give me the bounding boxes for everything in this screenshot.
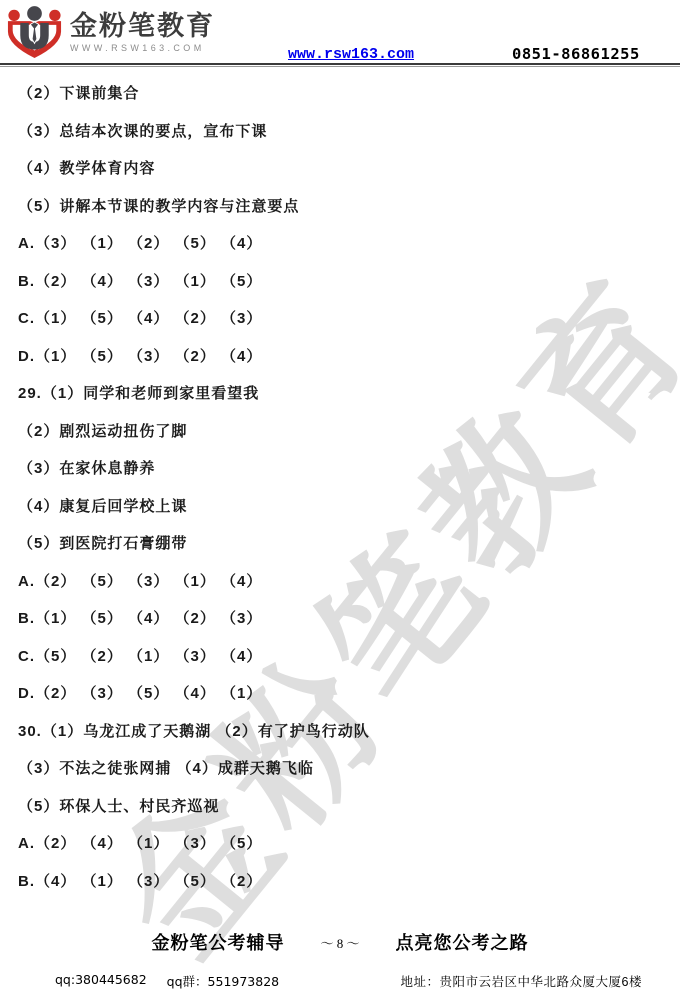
brand-logo-icon bbox=[6, 4, 63, 59]
option-line: B.（2） （4） （3） （1） （5） bbox=[18, 262, 668, 300]
question-line: （5）到医院打石膏绷带 bbox=[18, 524, 668, 562]
option-line: A.（2） （4） （1） （3） （5） bbox=[18, 824, 668, 862]
exam-question-list: （2）下课前集合 （3）总结本次课的要点，宣布下课 （4）教学体育内容 （5）讲… bbox=[18, 74, 668, 899]
footer-bottom: qq:380445682 qq群：551973828 地址：贵阳市云岩区中华北路… bbox=[0, 972, 680, 990]
question-line: （4）康复后回学校上课 bbox=[18, 487, 668, 525]
brand-logo-text: 金粉笔教育 WWW.RSW163.COM bbox=[70, 11, 215, 53]
header-divider bbox=[0, 63, 680, 65]
qq-group-number: qq群：551973828 bbox=[167, 972, 279, 990]
option-line: A.（3） （1） （2） （5） （4） bbox=[18, 224, 668, 262]
header-divider-thin bbox=[0, 66, 680, 67]
option-line: C.（5） （2） （1） （3） （4） bbox=[18, 637, 668, 675]
footer-slogan: 点亮您公考之路 bbox=[396, 929, 529, 955]
qq-number: qq:380445682 bbox=[55, 972, 147, 990]
question-line: （4）教学体育内容 bbox=[18, 149, 668, 187]
page-number: ～ 8 ～ bbox=[320, 933, 359, 952]
footer-course-name: 金粉笔公考辅导 bbox=[151, 929, 284, 955]
option-line: C.（1） （5） （4） （2） （3） bbox=[18, 299, 668, 337]
option-line: D.（2） （3） （5） （4） （1） bbox=[18, 674, 668, 712]
document-page: 金粉笔教育 金粉笔教育 WWW.RSW163.COM www.rsw163.co… bbox=[0, 0, 680, 1008]
question-line: （2）下课前集合 bbox=[18, 74, 668, 112]
question-line: （3）不法之徒张网捕 （4）成群天鹅飞临 bbox=[18, 749, 668, 787]
question-line: （2）剧烈运动扭伤了脚 bbox=[18, 412, 668, 450]
option-line: D.（1） （5） （3） （2） （4） bbox=[18, 337, 668, 375]
phone-number: 0851-86861255 bbox=[512, 45, 640, 63]
question-line: 29.（1）同学和老师到家里看望我 bbox=[18, 374, 668, 412]
qq-contacts: qq:380445682 qq群：551973828 bbox=[55, 972, 279, 990]
option-line: B.（1） （5） （4） （2） （3） bbox=[18, 599, 668, 637]
page-header: 金粉笔教育 WWW.RSW163.COM www.rsw163.com 0851… bbox=[0, 0, 680, 68]
address-text: 地址：贵阳市云岩区中华北路众厦大厦6楼 bbox=[401, 972, 642, 990]
footer-center: 金粉笔公考辅导 ～ 8 ～ 点亮您公考之路 bbox=[0, 929, 680, 955]
question-line: （5）环保人士、村民齐巡视 bbox=[18, 787, 668, 825]
website-link[interactable]: www.rsw163.com bbox=[288, 46, 414, 63]
question-line: （3）在家休息静养 bbox=[18, 449, 668, 487]
brand-name: 金粉笔教育 bbox=[70, 11, 215, 41]
option-line: A.（2） （5） （3） （1） （4） bbox=[18, 562, 668, 600]
question-line: （5）讲解本节课的教学内容与注意要点 bbox=[18, 187, 668, 225]
brand-url-caption: WWW.RSW163.COM bbox=[70, 43, 215, 53]
question-line: （3）总结本次课的要点，宣布下课 bbox=[18, 112, 668, 150]
question-line: 30.（1）乌龙江成了天鹅湖 （2）有了护鸟行动队 bbox=[18, 712, 668, 750]
option-line: B.（4） （1） （3） （5） （2） bbox=[18, 862, 668, 900]
brand-logo: 金粉笔教育 WWW.RSW163.COM bbox=[6, 4, 215, 59]
